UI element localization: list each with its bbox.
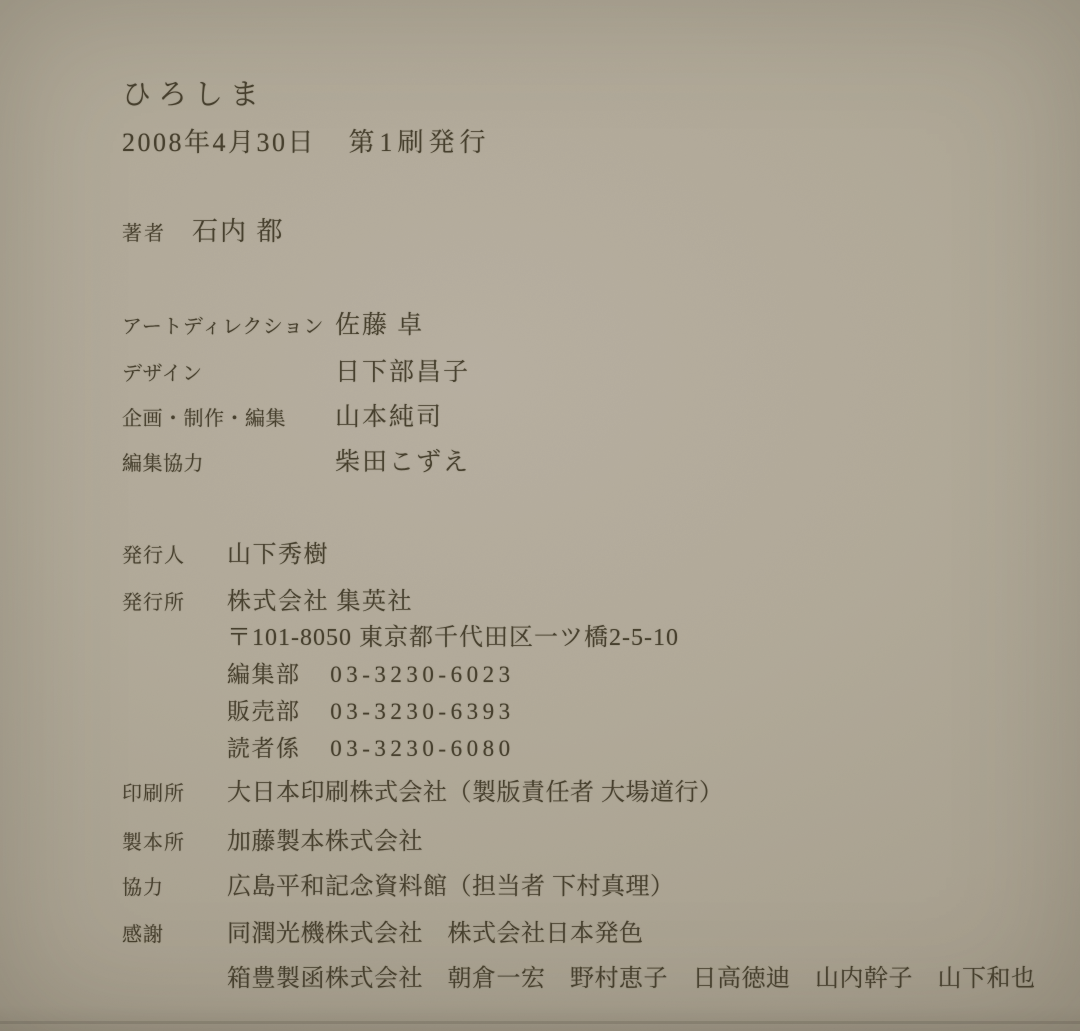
- binder-row: 製本所 加藤製本株式会社: [122, 830, 423, 854]
- credit-name: 日下部昌子: [335, 360, 470, 385]
- binder-name: 加藤製本株式会社: [227, 830, 423, 854]
- phone-dept-label: 読者係: [227, 736, 301, 761]
- credit-name: 山本純司: [335, 405, 443, 430]
- issuer-label: 発行人: [122, 546, 227, 566]
- printer-name: 大日本印刷株式会社（製版責任者 大場道行）: [227, 781, 724, 805]
- cooperation-name: 広島平和記念資料館（担当者 下村真理）: [227, 875, 675, 899]
- credit-label: デザイン: [122, 364, 335, 384]
- page-bottom-shadow: [0, 1005, 1080, 1031]
- phone-number: 03-3230-6080: [330, 736, 514, 761]
- author-name: 石内 都: [192, 219, 285, 245]
- author-label: 著者: [122, 224, 192, 244]
- phone-number: 03-3230-6023: [330, 662, 514, 687]
- phone-row-readers: 読者係 03-3230-6080: [227, 737, 515, 760]
- credit-label: 企画・制作・編集: [122, 409, 335, 429]
- print-date-line: 2008年4月30日 第1刷発行: [122, 130, 491, 156]
- credit-label: 編集協力: [122, 454, 335, 474]
- issuer-row: 発行人 山下秀樹: [122, 543, 329, 567]
- publisher-name: 株式会社 集英社: [227, 590, 413, 614]
- phone-row-editorial: 編集部 03-3230-6023: [227, 663, 515, 686]
- book-title: ひろしま: [122, 81, 266, 110]
- credit-row-editorial-cooperation: 編集協力 柴田こずえ: [122, 450, 470, 475]
- cooperation-row: 協力 広島平和記念資料館（担当者 下村真理）: [122, 875, 675, 899]
- print-date: 2008年4月30日: [122, 128, 316, 157]
- publisher-label: 発行所: [122, 593, 227, 613]
- print-edition: 第1刷発行: [349, 128, 491, 157]
- thanks-names-line2: 箱豊製函株式会社 朝倉一宏 野村恵子 日高徳迪 山内幹子 山下和也: [227, 967, 1036, 991]
- credit-row-design: デザイン 日下部昌子: [122, 360, 470, 385]
- phone-dept-label: 編集部: [227, 662, 301, 687]
- printer-label: 印刷所: [122, 784, 227, 804]
- author-row: 著者 石内 都: [122, 219, 285, 245]
- credit-row-planning-editing: 企画・制作・編集 山本純司: [122, 405, 443, 430]
- issuer-name: 山下秀樹: [227, 543, 329, 567]
- publisher-address: 〒101-8050 東京都千代田区一ツ橋2-5-10: [227, 626, 679, 650]
- credit-row-art-direction: アートディレクション 佐藤 卓: [122, 313, 424, 338]
- binder-label: 製本所: [122, 833, 227, 853]
- cooperation-label: 協力: [122, 878, 227, 898]
- printer-row: 印刷所 大日本印刷株式会社（製版責任者 大場道行）: [122, 781, 724, 805]
- phone-row-sales: 販売部 03-3230-6393: [227, 700, 515, 723]
- phone-number: 03-3230-6393: [330, 699, 514, 724]
- credit-name: 佐藤 卓: [335, 313, 424, 338]
- credit-label: アートディレクション: [122, 317, 335, 337]
- phone-dept-label: 販売部: [227, 699, 301, 724]
- colophon-page-photo: ひろしま 2008年4月30日 第1刷発行 著者 石内 都 アートディレクション…: [0, 0, 1080, 1031]
- publisher-row: 発行所 株式会社 集英社: [122, 590, 413, 614]
- thanks-row: 感謝 同潤光機株式会社 株式会社日本発色: [122, 922, 644, 946]
- thanks-label: 感謝: [122, 925, 227, 945]
- credit-name: 柴田こずえ: [335, 450, 470, 475]
- thanks-names-line1: 同潤光機株式会社 株式会社日本発色: [227, 922, 644, 946]
